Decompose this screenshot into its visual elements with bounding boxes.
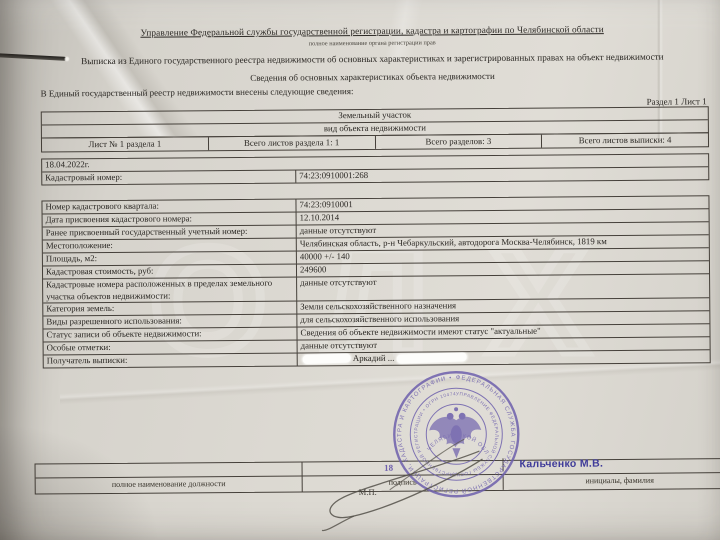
sheet-info-cell: Всего листов выписки: 4 <box>541 133 708 147</box>
field-label: Получатель выписки: <box>44 354 297 368</box>
handwritten-signature <box>319 437 535 539</box>
post-caption: полное наименование должности <box>36 476 302 493</box>
field-value: данные отсутствуют <box>296 274 709 300</box>
authority-caption: полное наименование органа регистрации п… <box>38 37 706 49</box>
field-label: Ранее присвоенный государственный учетны… <box>43 226 296 240</box>
field-value: 74:23:0910001:268 <box>295 167 708 182</box>
post-cell <box>36 462 302 477</box>
field-label: Кадастровая стоимость, руб: <box>43 265 296 279</box>
field-label: Статус записи об объекте недвижимости: <box>43 328 296 342</box>
field-label: Местоположение: <box>43 239 296 253</box>
document-page: Управление Федеральной службы государств… <box>0 0 720 540</box>
field-label: Дата присвоения кадастрового номера: <box>43 213 296 227</box>
field-label: Виды разрешенного использования: <box>43 315 296 329</box>
field-label: Кадастровые номера расположенных в преде… <box>43 278 296 303</box>
details-table: Номер кадастрового квартала: 74:23:09100… <box>41 195 710 368</box>
redaction-blob <box>303 354 351 365</box>
section-title: Сведения об основных характеристиках объ… <box>38 69 706 84</box>
cadastral-table: 18.04.2022г. Кадастровый номер: 74:23:09… <box>41 153 709 185</box>
field-label: Номер кадастрового квартала: <box>42 200 295 214</box>
sheet-info-cell: Лист № 1 раздела 1 <box>42 137 208 151</box>
field-label: Категория земель: <box>43 302 296 316</box>
field-label: Кадастровый номер: <box>42 171 295 185</box>
field-label: Площадь, м2: <box>43 252 296 266</box>
sheet-info-cell: Всего листов раздела 1: 1 <box>208 136 375 150</box>
document-title: Выписка из Единого государственного реес… <box>38 51 706 66</box>
section-sheet-label: Раздел 1 Лист 1 <box>647 96 707 106</box>
extract-date: 18.04.2022г. <box>42 159 92 171</box>
sheet-info-cell: Всего разделов: 3 <box>374 135 541 149</box>
document-photo: ОЛХ Управление Федеральной службы госуда… <box>0 0 720 540</box>
intro-line: В Единый государственный реестр недвижим… <box>41 86 354 98</box>
field-label: Особые отметки: <box>44 341 297 355</box>
